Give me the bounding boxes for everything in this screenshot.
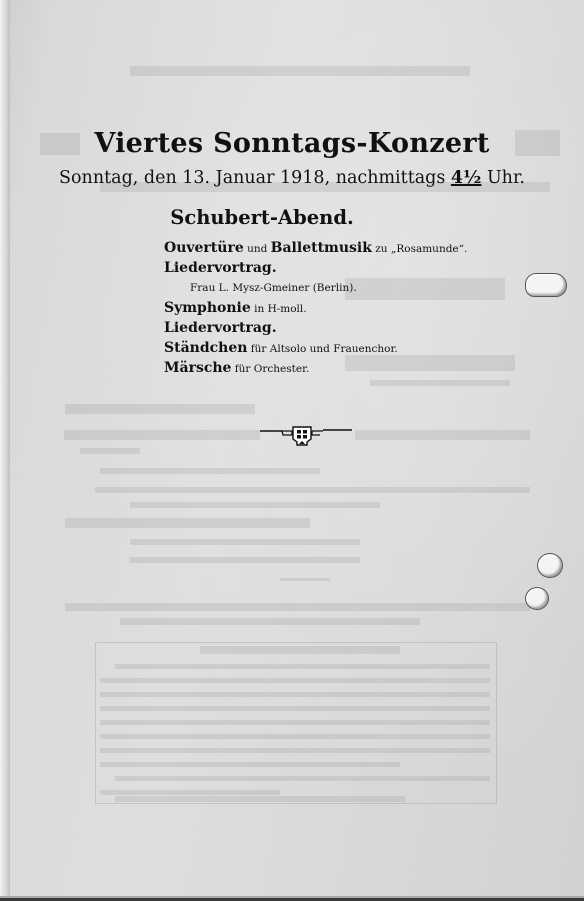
program-detail: in H-moll.	[251, 303, 307, 315]
punch-hole-middle	[537, 553, 563, 578]
program-detail: zu „Rosamunde“.	[372, 243, 467, 255]
program-item-symphonie: Symphonie in H-moll.	[164, 298, 467, 318]
program-list: Ouvertüre und Ballettmusik zu „Rosamunde…	[164, 238, 467, 378]
scanned-page: Viertes Sonntags-Konzert Sonntag, den 13…	[0, 0, 584, 901]
program-work: Märsche	[164, 360, 231, 376]
program-item-staendchen: Ständchen für Altsolo und Frauenchor.	[164, 338, 467, 358]
concert-title: Viertes Sonntags-Konzert	[0, 128, 584, 159]
program-detail: für Altsolo und Frauenchor.	[247, 343, 397, 355]
concert-dateline: Sonntag, den 13. Januar 1918, nachmittag…	[0, 168, 584, 188]
program-item-liedervortrag-2: Liedervortrag.	[164, 318, 467, 338]
program-work: Ständchen	[164, 340, 247, 356]
dateline-time: 4½	[451, 168, 481, 188]
program-work: Symphonie	[164, 300, 251, 316]
program-detail: für Orchester.	[231, 363, 309, 375]
program-item-overture: Ouvertüre und Ballettmusik zu „Rosamunde…	[164, 238, 467, 258]
program-work: Liedervortrag.	[164, 320, 277, 336]
concert-subtitle: Schubert-Abend.	[0, 206, 524, 229]
program-work: Liedervortrag.	[164, 260, 277, 276]
punch-hole-upper	[525, 273, 567, 297]
performer-name: Frau L. Mysz-Gmeiner (Berlin).	[190, 282, 357, 294]
program-work: Ouvertüre	[164, 240, 244, 256]
program-item-liedervortrag-1: Liedervortrag.	[164, 258, 467, 278]
program-performer: Frau L. Mysz-Gmeiner (Berlin).	[164, 278, 467, 298]
program-work: Ballettmusik	[271, 240, 372, 256]
dateline-suffix: Uhr.	[487, 168, 525, 188]
dateline-date: Sonntag, den 13. Januar 1918, nachmittag…	[59, 168, 445, 188]
heraldic-shield-icon	[260, 425, 352, 447]
program-item-maersche: Märsche für Orchester.	[164, 358, 467, 378]
punch-hole-lower	[525, 587, 549, 610]
program-connector: und	[244, 243, 271, 255]
